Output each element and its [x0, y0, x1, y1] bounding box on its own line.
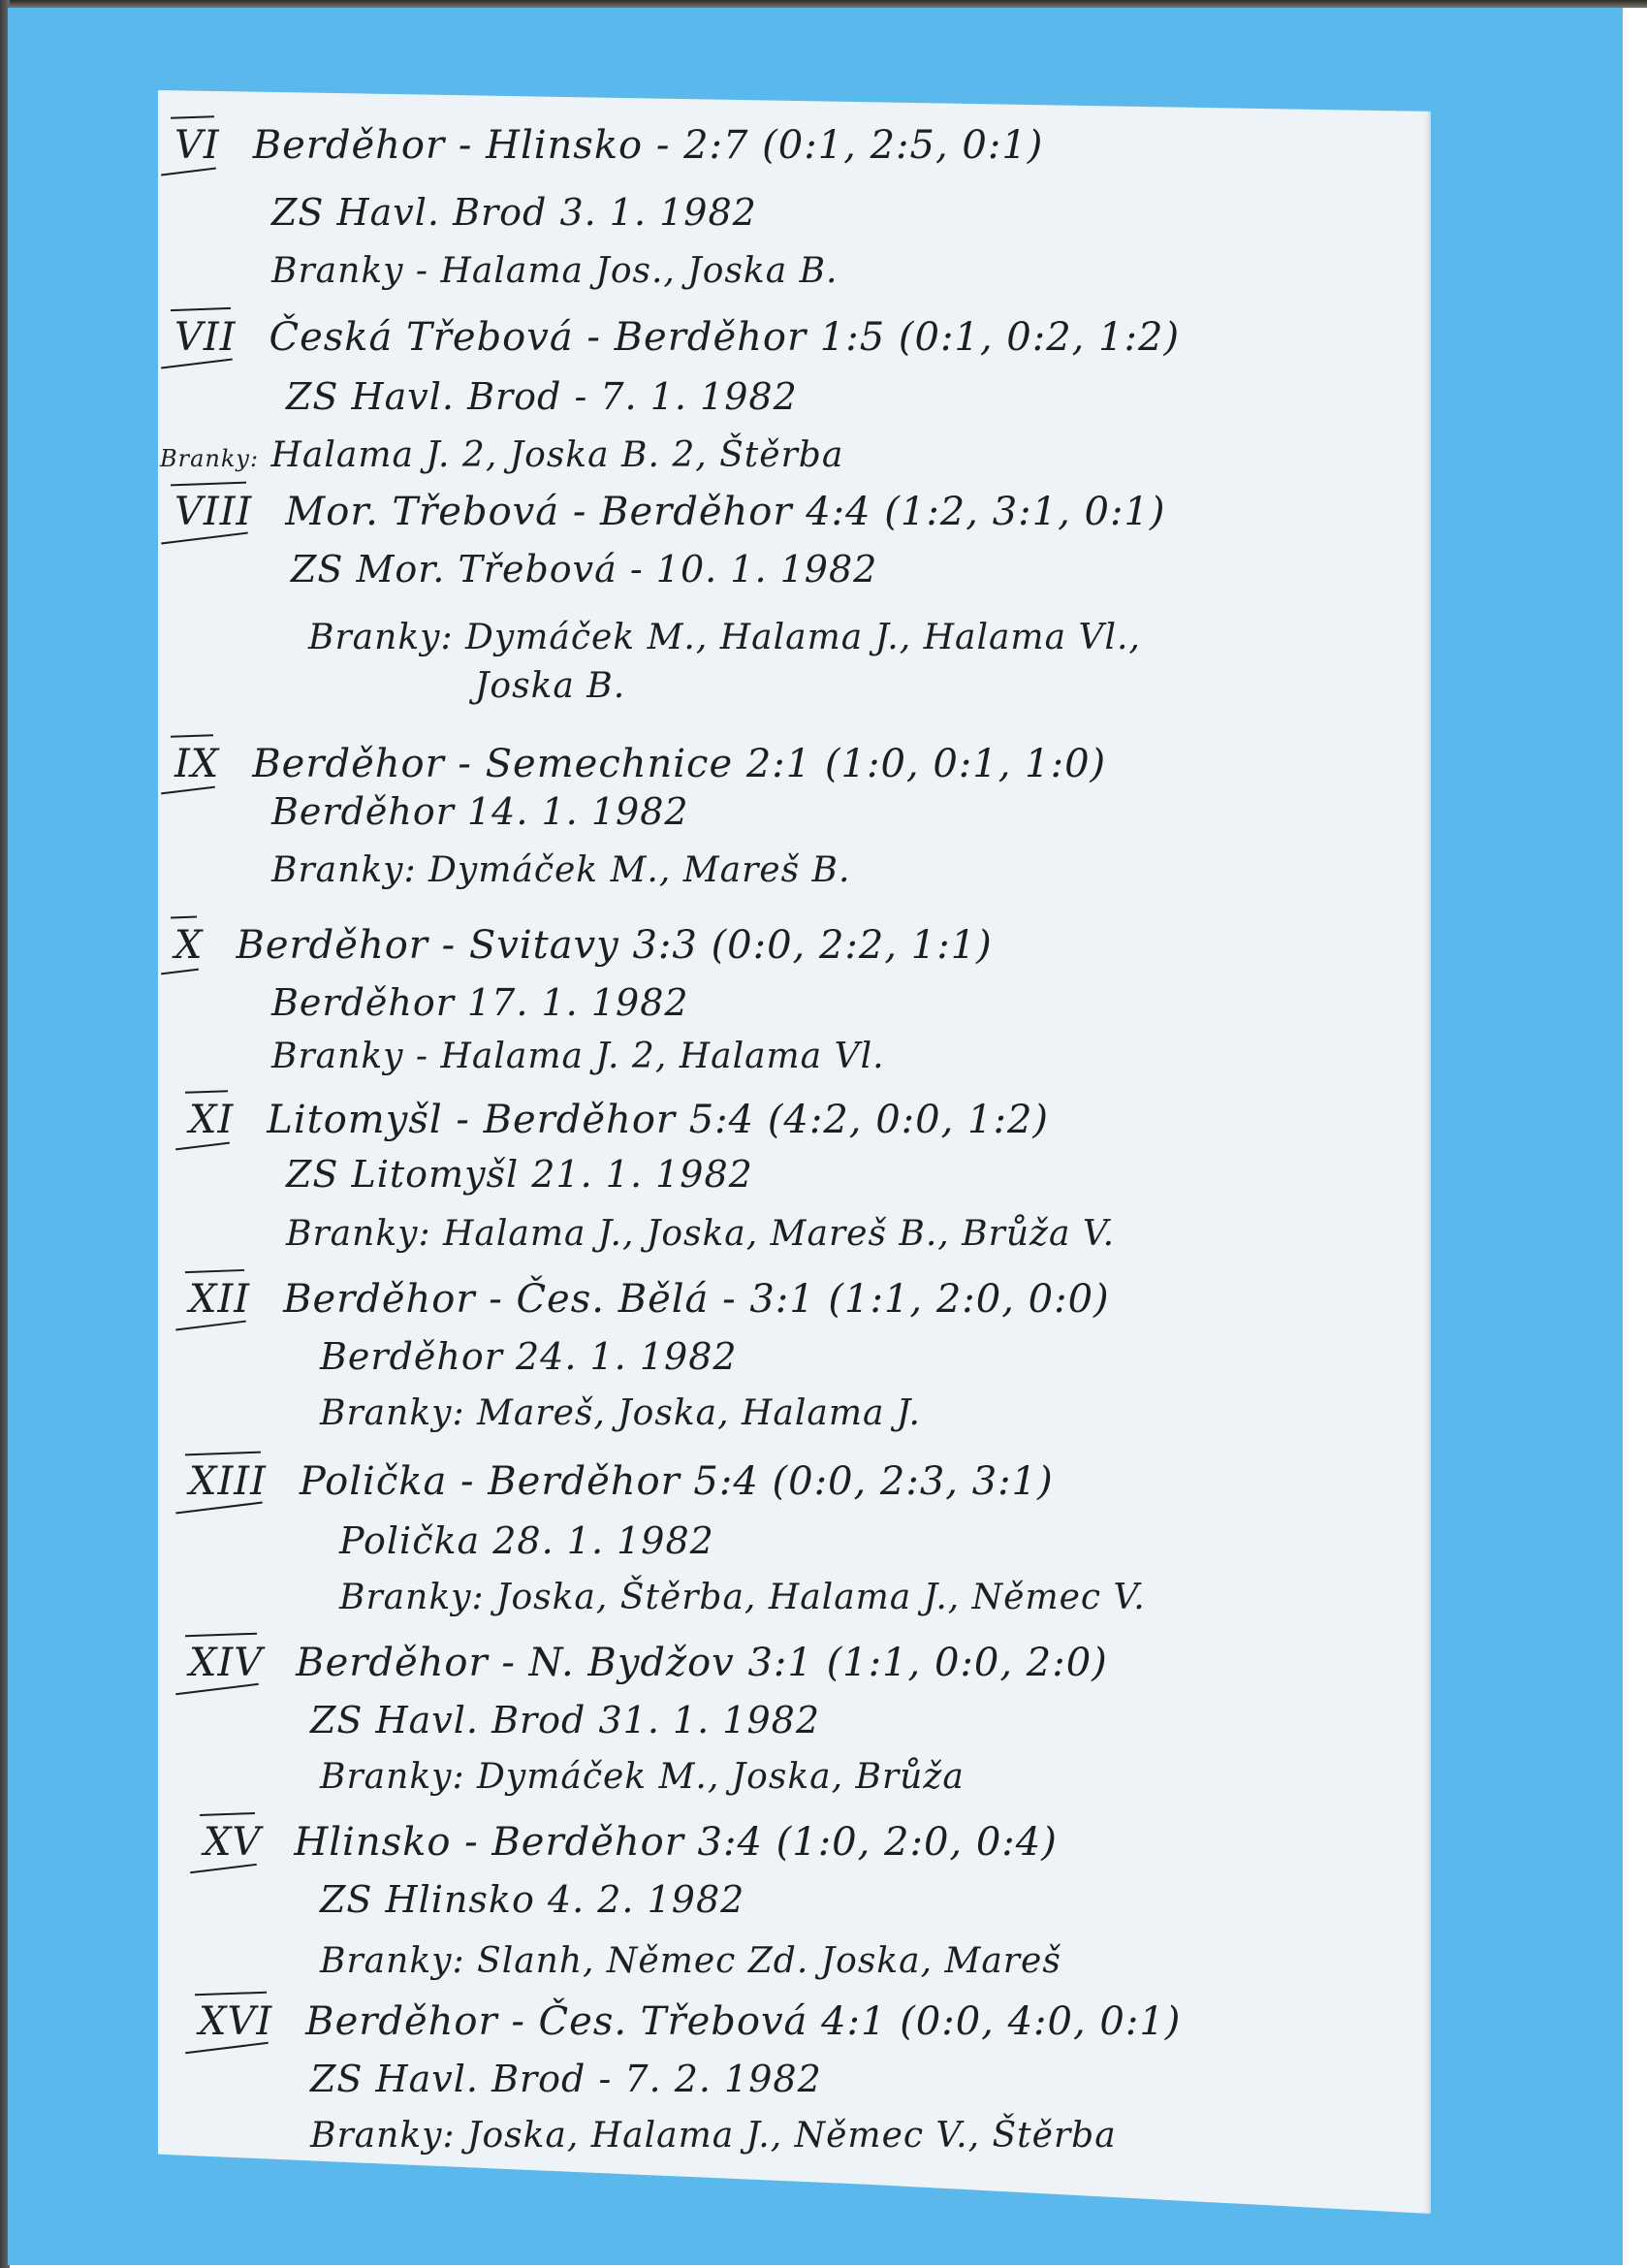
- match-goals-row: Branky: Halama J. 2, Joska B. 2, Štěrba: [160, 438, 843, 473]
- round-numeral: XII: [189, 1280, 250, 1319]
- match-entry-vi: VIBerděhor - Hlinsko - 2:7 (0:1, 2:5, 0:…: [174, 126, 1043, 165]
- match-result: Berděhor - Čes. Třebová 4:1 (0:0, 4:0, 0…: [305, 1999, 1181, 2044]
- match-result: Berděhor - Svitavy 3:3 (0:0, 2:2, 1:1): [236, 923, 992, 968]
- match-goals: Branky - Halama J. 2, Halama Vl.: [271, 1039, 885, 1074]
- match-result: Berděhor - Semechnice 2:1 (1:0, 0:1, 1:0…: [252, 742, 1106, 786]
- match-entry-xv: XVHlinsko - Berděhor 3:4 (1:0, 2:0, 0:4): [204, 1823, 1058, 1862]
- match-venue-date: ZS Havl. Brod - 7. 1. 1982: [286, 378, 798, 415]
- round-numeral: XI: [189, 1101, 234, 1139]
- match-goals: Branky: Dymáček M., Halama J., Halama Vl…: [308, 621, 1141, 655]
- scanner-top-edge: [0, 0, 1647, 8]
- match-goals: Branky: Slanh, Němec Zd. Joska, Mareš: [320, 1944, 1061, 1979]
- match-venue-date: Berděhor 24. 1. 1982: [320, 1338, 738, 1375]
- match-entry-vii: VIIČeská Třebová - Berděhor 1:5 (0:1, 0:…: [174, 318, 1180, 357]
- match-entry-ix: IXBerděhor - Semechnice 2:1 (1:0, 0:1, 1…: [174, 745, 1106, 783]
- match-result: Mor. Třebová - Berděhor 4:4 (1:2, 3:1, 0…: [285, 490, 1165, 534]
- match-venue-date: ZS Litomyšl 21. 1. 1982: [286, 1156, 753, 1193]
- match-entry-xi: XILitomyšl - Berděhor 5:4 (4:2, 0:0, 1:2…: [189, 1101, 1049, 1139]
- match-venue-date: ZS Havl. Brod - 7. 2. 1982: [310, 2060, 822, 2097]
- match-goals: Branky: Halama J., Joska, Mareš B., Brůž…: [286, 1217, 1115, 1252]
- round-numeral: XVI: [199, 2002, 272, 2041]
- round-numeral: XIII: [189, 1462, 267, 1501]
- round-numeral: VIII: [174, 493, 252, 531]
- match-venue-date: Polička 28. 1. 1982: [339, 1522, 714, 1559]
- match-venue-date: Berděhor 14. 1. 1982: [271, 793, 689, 830]
- match-goals-continued: Joska B.: [475, 669, 625, 704]
- round-numeral: VI: [174, 126, 220, 165]
- match-result: Berděhor - Čes. Bělá - 3:1 (1:1, 2:0, 0:…: [283, 1277, 1110, 1322]
- round-numeral: X: [174, 926, 203, 965]
- match-result: Berděhor - Hlinsko - 2:7 (0:1, 2:5, 0:1): [253, 123, 1044, 168]
- match-result: Česká Třebová - Berděhor 1:5 (0:1, 0:2, …: [269, 315, 1181, 360]
- round-numeral: XIV: [189, 1644, 263, 1682]
- round-numeral: IX: [174, 745, 219, 783]
- round-numeral: VII: [174, 318, 237, 357]
- goals-label: Branky:: [160, 445, 259, 472]
- match-entry-xiv: XIVBerděhor - N. Bydžov 3:1 (1:1, 0:0, 2…: [189, 1644, 1108, 1682]
- match-venue-date: ZS Mor. Třebová - 10. 1. 1982: [291, 551, 877, 588]
- match-venue-date: ZS Hlinsko 4. 2. 1982: [320, 1881, 744, 1918]
- match-entry-xiii: XIIIPolička - Berděhor 5:4 (0:0, 2:3, 3:…: [189, 1462, 1054, 1501]
- match-result: Litomyšl - Berděhor 5:4 (4:2, 0:0, 1:2): [267, 1098, 1049, 1142]
- match-entry-x: XBerděhor - Svitavy 3:3 (0:0, 2:2, 1:1): [174, 926, 993, 965]
- match-venue-date: Berděhor 17. 1. 1982: [271, 984, 689, 1021]
- match-venue-date: ZS Havl. Brod 31. 1. 1982: [310, 1702, 820, 1739]
- match-result: Hlinsko - Berděhor 3:4 (1:0, 2:0, 0:4): [294, 1820, 1057, 1865]
- round-numeral: XV: [204, 1823, 261, 1862]
- match-entry-viii: VIIIMor. Třebová - Berděhor 4:4 (1:2, 3:…: [174, 493, 1165, 531]
- match-entry-xvi: XVIBerděhor - Čes. Třebová 4:1 (0:0, 4:0…: [199, 2002, 1181, 2041]
- match-goals: Branky: Dymáček M., Mareš B.: [271, 853, 850, 888]
- match-venue-date: ZS Havl. Brod 3. 1. 1982: [271, 194, 757, 231]
- match-entry-xii: XIIBerděhor - Čes. Bělá - 3:1 (1:1, 2:0,…: [189, 1280, 1110, 1319]
- match-goals: Branky: Dymáček M., Joska, Brůža: [320, 1760, 965, 1795]
- match-result: Polička - Berděhor 5:4 (0:0, 2:3, 3:1): [300, 1459, 1054, 1504]
- match-goals: Branky - Halama Jos., Joska B.: [271, 254, 839, 289]
- match-goals: Halama J. 2, Joska B. 2, Štěrba: [271, 435, 844, 475]
- match-goals: Branky: Joska, Halama J., Němec V., Štěr…: [310, 2119, 1117, 2154]
- match-goals: Branky: Joska, Štěrba, Halama J., Němec …: [339, 1581, 1146, 1615]
- match-result: Berděhor - N. Bydžov 3:1 (1:1, 0:0, 2:0): [296, 1641, 1108, 1685]
- match-goals: Branky: Mareš, Joska, Halama J.: [320, 1396, 921, 1431]
